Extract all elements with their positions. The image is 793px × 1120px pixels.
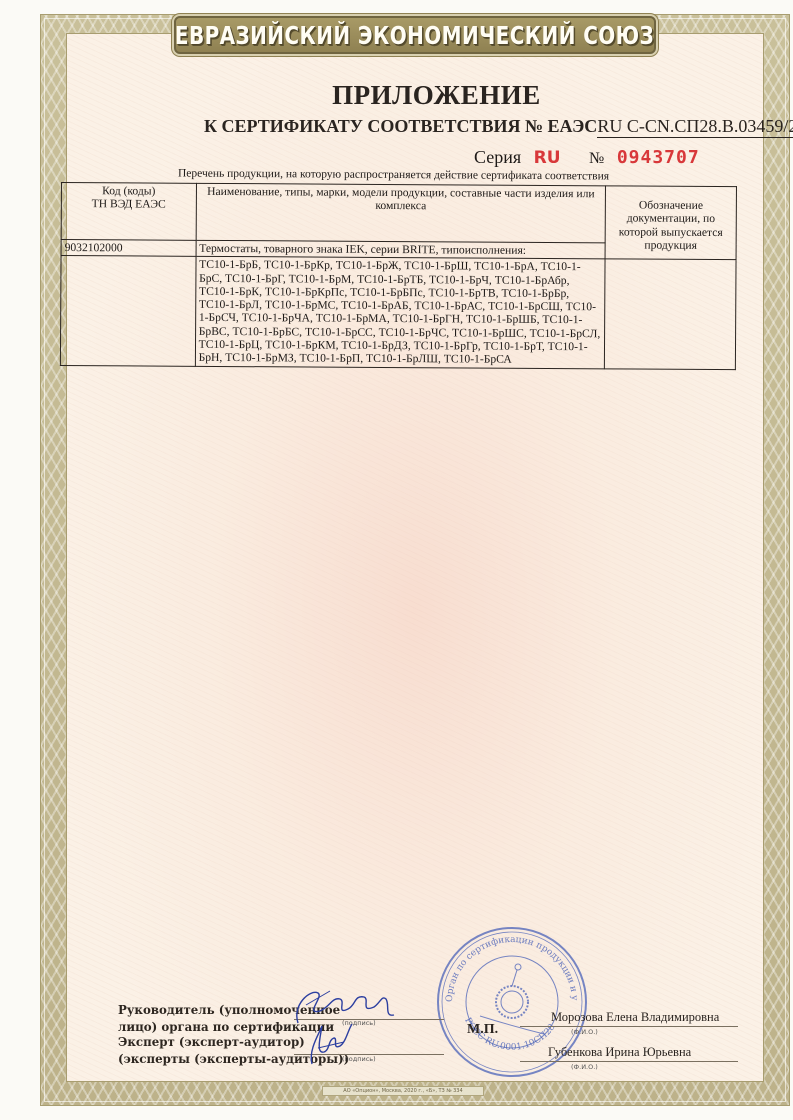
page-title: ПРИЛОЖЕНИЕ	[40, 80, 793, 111]
header-documentation: Обозначение документации, по которой вып…	[605, 186, 736, 260]
number-label: №	[589, 150, 604, 167]
expert-full-name: Губенкова Ирина Юрьевна	[548, 1045, 691, 1060]
expert-name-hint: (Ф.И.О.)	[571, 1063, 598, 1071]
certificate-number: RU С-CN.СП28.В.03459/25	[597, 116, 793, 138]
table-header-row: Код (коды) ТН ВЭД ЕАЭС Наименование, тип…	[61, 183, 736, 244]
products-table: Код (коды) ТН ВЭД ЕАЭС Наименование, тип…	[60, 182, 737, 370]
union-banner-text: ЕВРАЗИЙСКИЙ ЭКОНОМИЧЕСКИЙ СОЮЗ	[175, 21, 654, 50]
form-number: 0943707	[617, 147, 700, 168]
hs-code-cell: 9032102000	[61, 240, 196, 257]
expert-name-line	[520, 1061, 738, 1062]
empty-code-cell	[60, 256, 195, 366]
table-row: ТС10-1-БрБ, ТС10-1-БрКр, ТС10-1-БрЖ, ТС1…	[60, 256, 736, 369]
documentation-cell	[605, 259, 736, 369]
series-line: Серия RU № 0943707	[474, 147, 700, 168]
seal-place-label: М.П.	[467, 1022, 498, 1038]
head-name-hint: (Ф.И.О.)	[571, 1028, 598, 1036]
head-full-name: Морозова Елена Владимировна	[551, 1010, 719, 1025]
head-name-line	[520, 1026, 738, 1027]
expert-signature	[298, 1020, 358, 1068]
printer-imprint: АО «Опцион», Москва, 2020 г., «Б», ТЗ № …	[322, 1086, 484, 1096]
certificate-prefix: К СЕРТИФИКАТУ СООТВЕТСТВИЯ № ЕАЭС	[204, 116, 597, 136]
series-label: Серия	[474, 147, 521, 167]
series-code: RU	[534, 148, 561, 168]
product-variants-cell: ТС10-1-БрБ, ТС10-1-БрКр, ТС10-1-БрЖ, ТС1…	[195, 257, 605, 369]
header-name: Наименование, типы, марки, модели продук…	[196, 183, 606, 243]
header-code: Код (коды) ТН ВЭД ЕАЭС	[61, 183, 196, 241]
certificate-reference: К СЕРТИФИКАТУ СООТВЕТСТВИЯ № ЕАЭСRU С-CN…	[204, 116, 793, 137]
union-banner: ЕВРАЗИЙСКИЙ ЭКОНОМИЧЕСКИЙ СОЮЗ	[174, 16, 656, 54]
